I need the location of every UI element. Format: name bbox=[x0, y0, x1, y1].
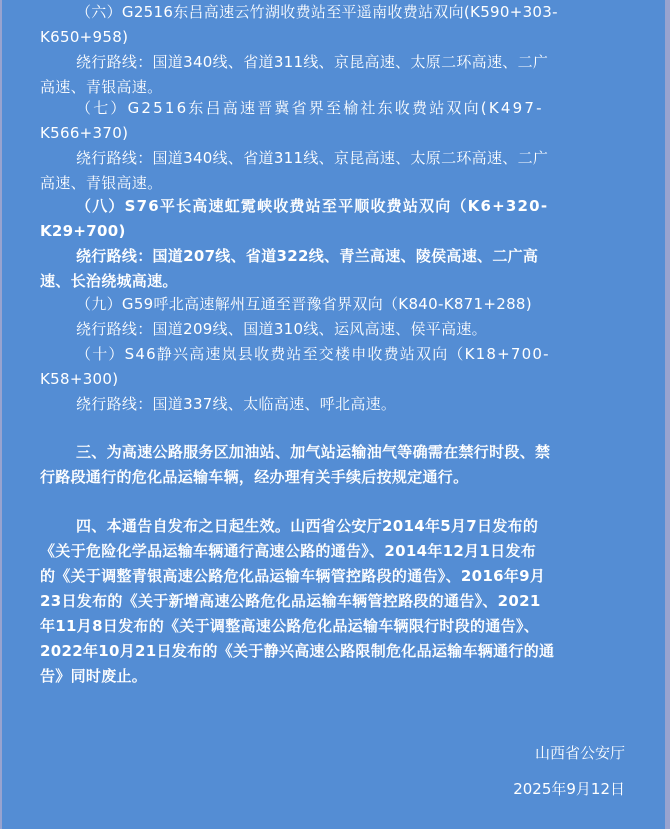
section-ten-title-line-2: K58+300) bbox=[40, 367, 550, 392]
section-nine-detour-line-1: 绕行路线：国道209线、国道310线、运风高速、侯平高速。 bbox=[40, 317, 532, 342]
paragraph-four: 四、本通告自发布之日起生效。山西省公安厅2014年5月7日发布的 《关于危险化学… bbox=[40, 514, 554, 689]
section-seven-title-line-2: K566+370) bbox=[40, 121, 548, 146]
section-nine: （九）G59呼北高速解州互通至晋豫省界双向（K840-K871+288) 绕行路… bbox=[40, 292, 532, 342]
right-edge-strip bbox=[665, 0, 670, 829]
paragraph-three-line-2: 行路段通行的危化品运输车辆，经办理有关手续后按规定通行。 bbox=[40, 465, 550, 490]
signature-issuer: 山西省公安厅 bbox=[535, 742, 625, 763]
paragraph-four-line-3: 的《关于调整青银高速公路危化品运输车辆管控路段的通告》、2016年9月 bbox=[40, 564, 554, 589]
section-seven-title-line-1: （七）G2516东吕高速晋冀省界至榆社东收费站双向(K497- bbox=[40, 96, 548, 121]
paragraph-four-line-5: 年11月8日发布的《关于调整高速公路危化品运输车辆限行时段的通告》、 bbox=[40, 614, 554, 639]
section-eight-title-line-1: （八）S76平长高速虹霓峡收费站至平顺收费站双向（K6+320- bbox=[40, 194, 548, 219]
signature-date: 2025年9月12日 bbox=[513, 778, 625, 799]
section-seven-detour-line-2: 高速、青银高速。 bbox=[40, 171, 548, 196]
paragraph-three-line-1: 三、为高速公路服务区加油站、加气站运输油气等确需在禁行时段、禁 bbox=[40, 440, 550, 465]
section-six: （六）G2516东吕高速云竹湖收费站至平遥南收费站双向(K590+303- K6… bbox=[40, 0, 558, 100]
paragraph-four-line-2: 《关于危险化学品运输车辆通行高速公路的通告》、2014年12月1日发布 bbox=[40, 539, 554, 564]
section-six-title-line-2: K650+958) bbox=[40, 25, 558, 50]
paragraph-four-line-7: 告》同时废止。 bbox=[40, 664, 554, 689]
section-nine-title-line-1: （九）G59呼北高速解州互通至晋豫省界双向（K840-K871+288) bbox=[40, 292, 532, 317]
section-seven-detour-line-1: 绕行路线：国道340线、省道311线、京昆高速、太原二环高速、二广 bbox=[40, 146, 548, 171]
section-seven: （七）G2516东吕高速晋冀省界至榆社东收费站双向(K497- K566+370… bbox=[40, 96, 548, 196]
paragraph-four-line-4: 23日发布的《关于新增高速公路危化品运输车辆管控路段的通告》、2021 bbox=[40, 589, 554, 614]
section-eight-title-line-2: K29+700) bbox=[40, 219, 548, 244]
section-eight-detour-line-1: 绕行路线：国道207线、省道322线、青兰高速、陵侯高速、二广高 bbox=[40, 244, 548, 269]
section-six-detour-line-1: 绕行路线：国道340线、省道311线、京昆高速、太原二环高速、二广 bbox=[40, 50, 558, 75]
section-eight: （八）S76平长高速虹霓峡收费站至平顺收费站双向（K6+320- K29+700… bbox=[40, 194, 548, 294]
paragraph-four-line-1: 四、本通告自发布之日起生效。山西省公安厅2014年5月7日发布的 bbox=[40, 514, 554, 539]
section-ten-detour-line-1: 绕行路线：国道337线、太临高速、呼北高速。 bbox=[40, 392, 550, 417]
section-eight-detour-line-2: 速、长治绕城高速。 bbox=[40, 269, 548, 294]
paragraph-three: 三、为高速公路服务区加油站、加气站运输油气等确需在禁行时段、禁 行路段通行的危化… bbox=[40, 440, 550, 490]
notice-page: （六）G2516东吕高速云竹湖收费站至平遥南收费站双向(K590+303- K6… bbox=[2, 0, 665, 829]
section-ten-title-line-1: （十）S46静兴高速岚县收费站至交楼申收费站双向（K18+700- bbox=[40, 342, 550, 367]
paragraph-four-line-6: 2022年10月21日发布的《关于静兴高速公路限制危化品运输车辆通行的通 bbox=[40, 639, 554, 664]
section-ten: （十）S46静兴高速岚县收费站至交楼申收费站双向（K18+700- K58+30… bbox=[40, 342, 550, 417]
section-six-title-line-1: （六）G2516东吕高速云竹湖收费站至平遥南收费站双向(K590+303- bbox=[40, 0, 558, 25]
